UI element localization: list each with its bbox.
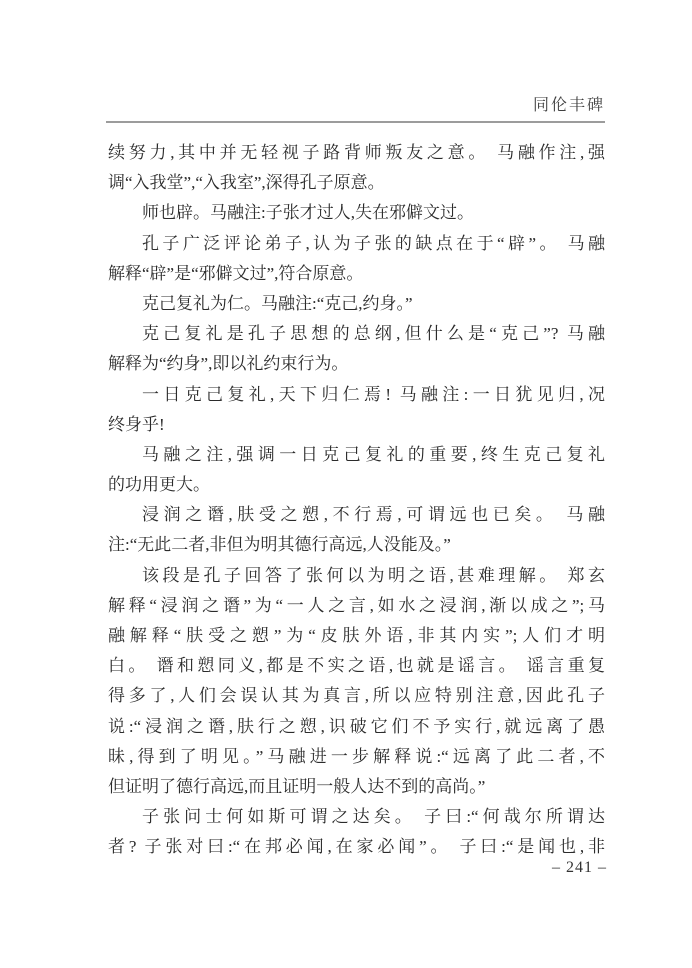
text-line: 的功用更大。 — [108, 470, 605, 500]
running-title: 同伦丰碑 — [108, 96, 605, 116]
page-number: – 241 – — [108, 857, 607, 879]
text-line: 孔子广泛评论弟子,认为子张的缺点在于“辟”。 马融 — [108, 229, 605, 259]
text-line: 克己复礼为仁。马融注:“克己,约身。” — [108, 289, 605, 319]
text-line: 得多了,人们会误认其为真言,所以应特别注意,因此孔子 — [108, 681, 605, 711]
text-line: 克己复礼是孔子思想的总纲,但什么是“克己”? 马融 — [108, 319, 605, 349]
book-page: 同伦丰碑 续努力,其中并无轻视子路背师叛友之意。 马融作注,强调“入我堂”,“入… — [0, 0, 692, 968]
text-line: 但证明了德行高远,而且证明一般人达不到的高尚。” — [108, 772, 605, 802]
text-line: 调“入我堂”,“入我室”,深得孔子原意。 — [108, 168, 605, 198]
text-line: 解释“浸润之谮”为“一人之言,如水之浸润,渐以成之”;马 — [108, 591, 605, 621]
text-line: 师也辟。马融注:子张才过人,失在邪僻文过。 — [108, 198, 605, 228]
text-line: 说:“浸润之谮,肤行之愬,识破它们不予实行,就远离了愚 — [108, 712, 605, 742]
header-rule — [106, 121, 605, 123]
text-line: 马融之注,强调一日克己复礼的重要,终生克己复礼 — [108, 440, 605, 470]
text-line: 白。 谮和愬同义,都是不实之语,也就是谣言。 谣言重复 — [108, 651, 605, 681]
text-line: 解释为“约身”,即以礼约束行为。 — [108, 349, 605, 379]
text-line: 一日克己复礼,天下归仁焉! 马融注:一日犹见归,况 — [108, 380, 605, 410]
text-line: 昧,得到了明见。”马融进一步解释说:“远离了此二者,不 — [108, 742, 605, 772]
text-line: 续努力,其中并无轻视子路背师叛友之意。 马融作注,强 — [108, 138, 605, 168]
text-line: 浸润之谮,肤受之愬,不行焉,可谓远也已矣。 马融 — [108, 500, 605, 530]
text-line: 注:“无此二者,非但为明其德行高远,人没能及。” — [108, 530, 605, 560]
text-line: 解释“辟”是“邪僻文过”,符合原意。 — [108, 259, 605, 289]
text-line: 融解释“肤受之愬”为“皮肤外语,非其内实”;人们才明 — [108, 621, 605, 651]
text-line: 该段是孔子回答了张何以为明之语,甚难理解。 郑玄 — [108, 561, 605, 591]
text-line: 终身乎! — [108, 410, 605, 440]
body-text: 续努力,其中并无轻视子路背师叛友之意。 马融作注,强调“入我堂”,“入我室”,深… — [108, 138, 605, 863]
text-line: 子张问士何如斯可谓之达矣。 子曰:“何哉尔所谓达 — [108, 802, 605, 832]
